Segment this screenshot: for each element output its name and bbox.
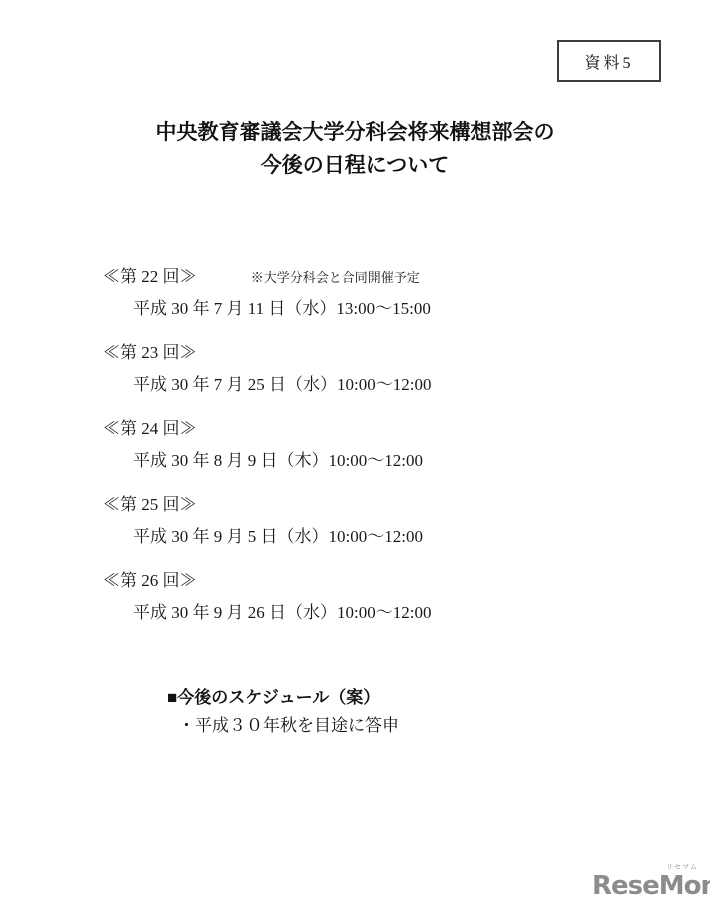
page-title-line1: 中央教育審議会大学分科会将来構想部会の (0, 116, 710, 149)
page-title: 中央教育審議会大学分科会将来構想部会の 今後の日程について (0, 116, 710, 182)
session-datetime: 平成 30 年 9 月 5 日（水）10:00～12:00 (133, 524, 431, 550)
document-label: 資料5 (584, 50, 633, 73)
session-heading: ≪第 26 回≫ (103, 571, 197, 590)
session-heading: ≪第 25 回≫ (103, 495, 197, 514)
session-datetime: 平成 30 年 7 月 25 日（水）10:00～12:00 (133, 372, 431, 398)
session-note: ※大学分科会と合同開催予定 (251, 270, 420, 285)
schedule-note-heading: ■今後のスケジュール（案） (167, 686, 399, 710)
session-datetime: 平成 30 年 9 月 26 日（水）10:00～12:00 (133, 600, 431, 626)
document-page: 資料5 中央教育審議会大学分科会将来構想部会の 今後の日程について ≪第 22 … (0, 0, 710, 915)
schedule-note-item: ・平成３０年秋を目途に答申 (178, 714, 399, 738)
session-heading: ≪第 23 回≫ (103, 343, 197, 362)
session-entry: ≪第 22 回≫ ※大学分科会と合同開催予定 平成 30 年 7 月 11 日（… (103, 264, 431, 322)
session-heading: ≪第 24 回≫ (103, 419, 197, 438)
session-datetime: 平成 30 年 7 月 11 日（水）13:00～15:00 (133, 296, 431, 322)
session-heading-row: ≪第 26 回≫ (103, 568, 431, 595)
session-heading-row: ≪第 23 回≫ (103, 340, 431, 367)
session-heading-row: ≪第 24 回≫ (103, 416, 431, 443)
resemom-logo: リセマム ReseMom. (592, 864, 708, 899)
session-entry: ≪第 26 回≫ 平成 30 年 9 月 26 日（水）10:00～12:00 (103, 568, 431, 626)
session-heading-row: ≪第 25 回≫ (103, 492, 431, 519)
session-entry: ≪第 25 回≫ 平成 30 年 9 月 5 日（水）10:00～12:00 (103, 492, 431, 550)
session-list: ≪第 22 回≫ ※大学分科会と合同開催予定 平成 30 年 7 月 11 日（… (103, 264, 431, 644)
document-label-box: 資料5 (557, 40, 661, 82)
session-heading: ≪第 22 回≫ (103, 267, 197, 286)
session-entry: ≪第 23 回≫ 平成 30 年 7 月 25 日（水）10:00～12:00 (103, 340, 431, 398)
schedule-note-block: ■今後のスケジュール（案） ・平成３０年秋を目途に答申 (167, 686, 399, 738)
session-entry: ≪第 24 回≫ 平成 30 年 8 月 9 日（木）10:00～12:00 (103, 416, 431, 474)
session-heading-row: ≪第 22 回≫ ※大学分科会と合同開催予定 (103, 264, 431, 291)
page-title-line2: 今後の日程について (0, 149, 710, 182)
session-datetime: 平成 30 年 8 月 9 日（木）10:00～12:00 (133, 448, 431, 474)
logo-wordmark: ReseMom (592, 871, 710, 901)
